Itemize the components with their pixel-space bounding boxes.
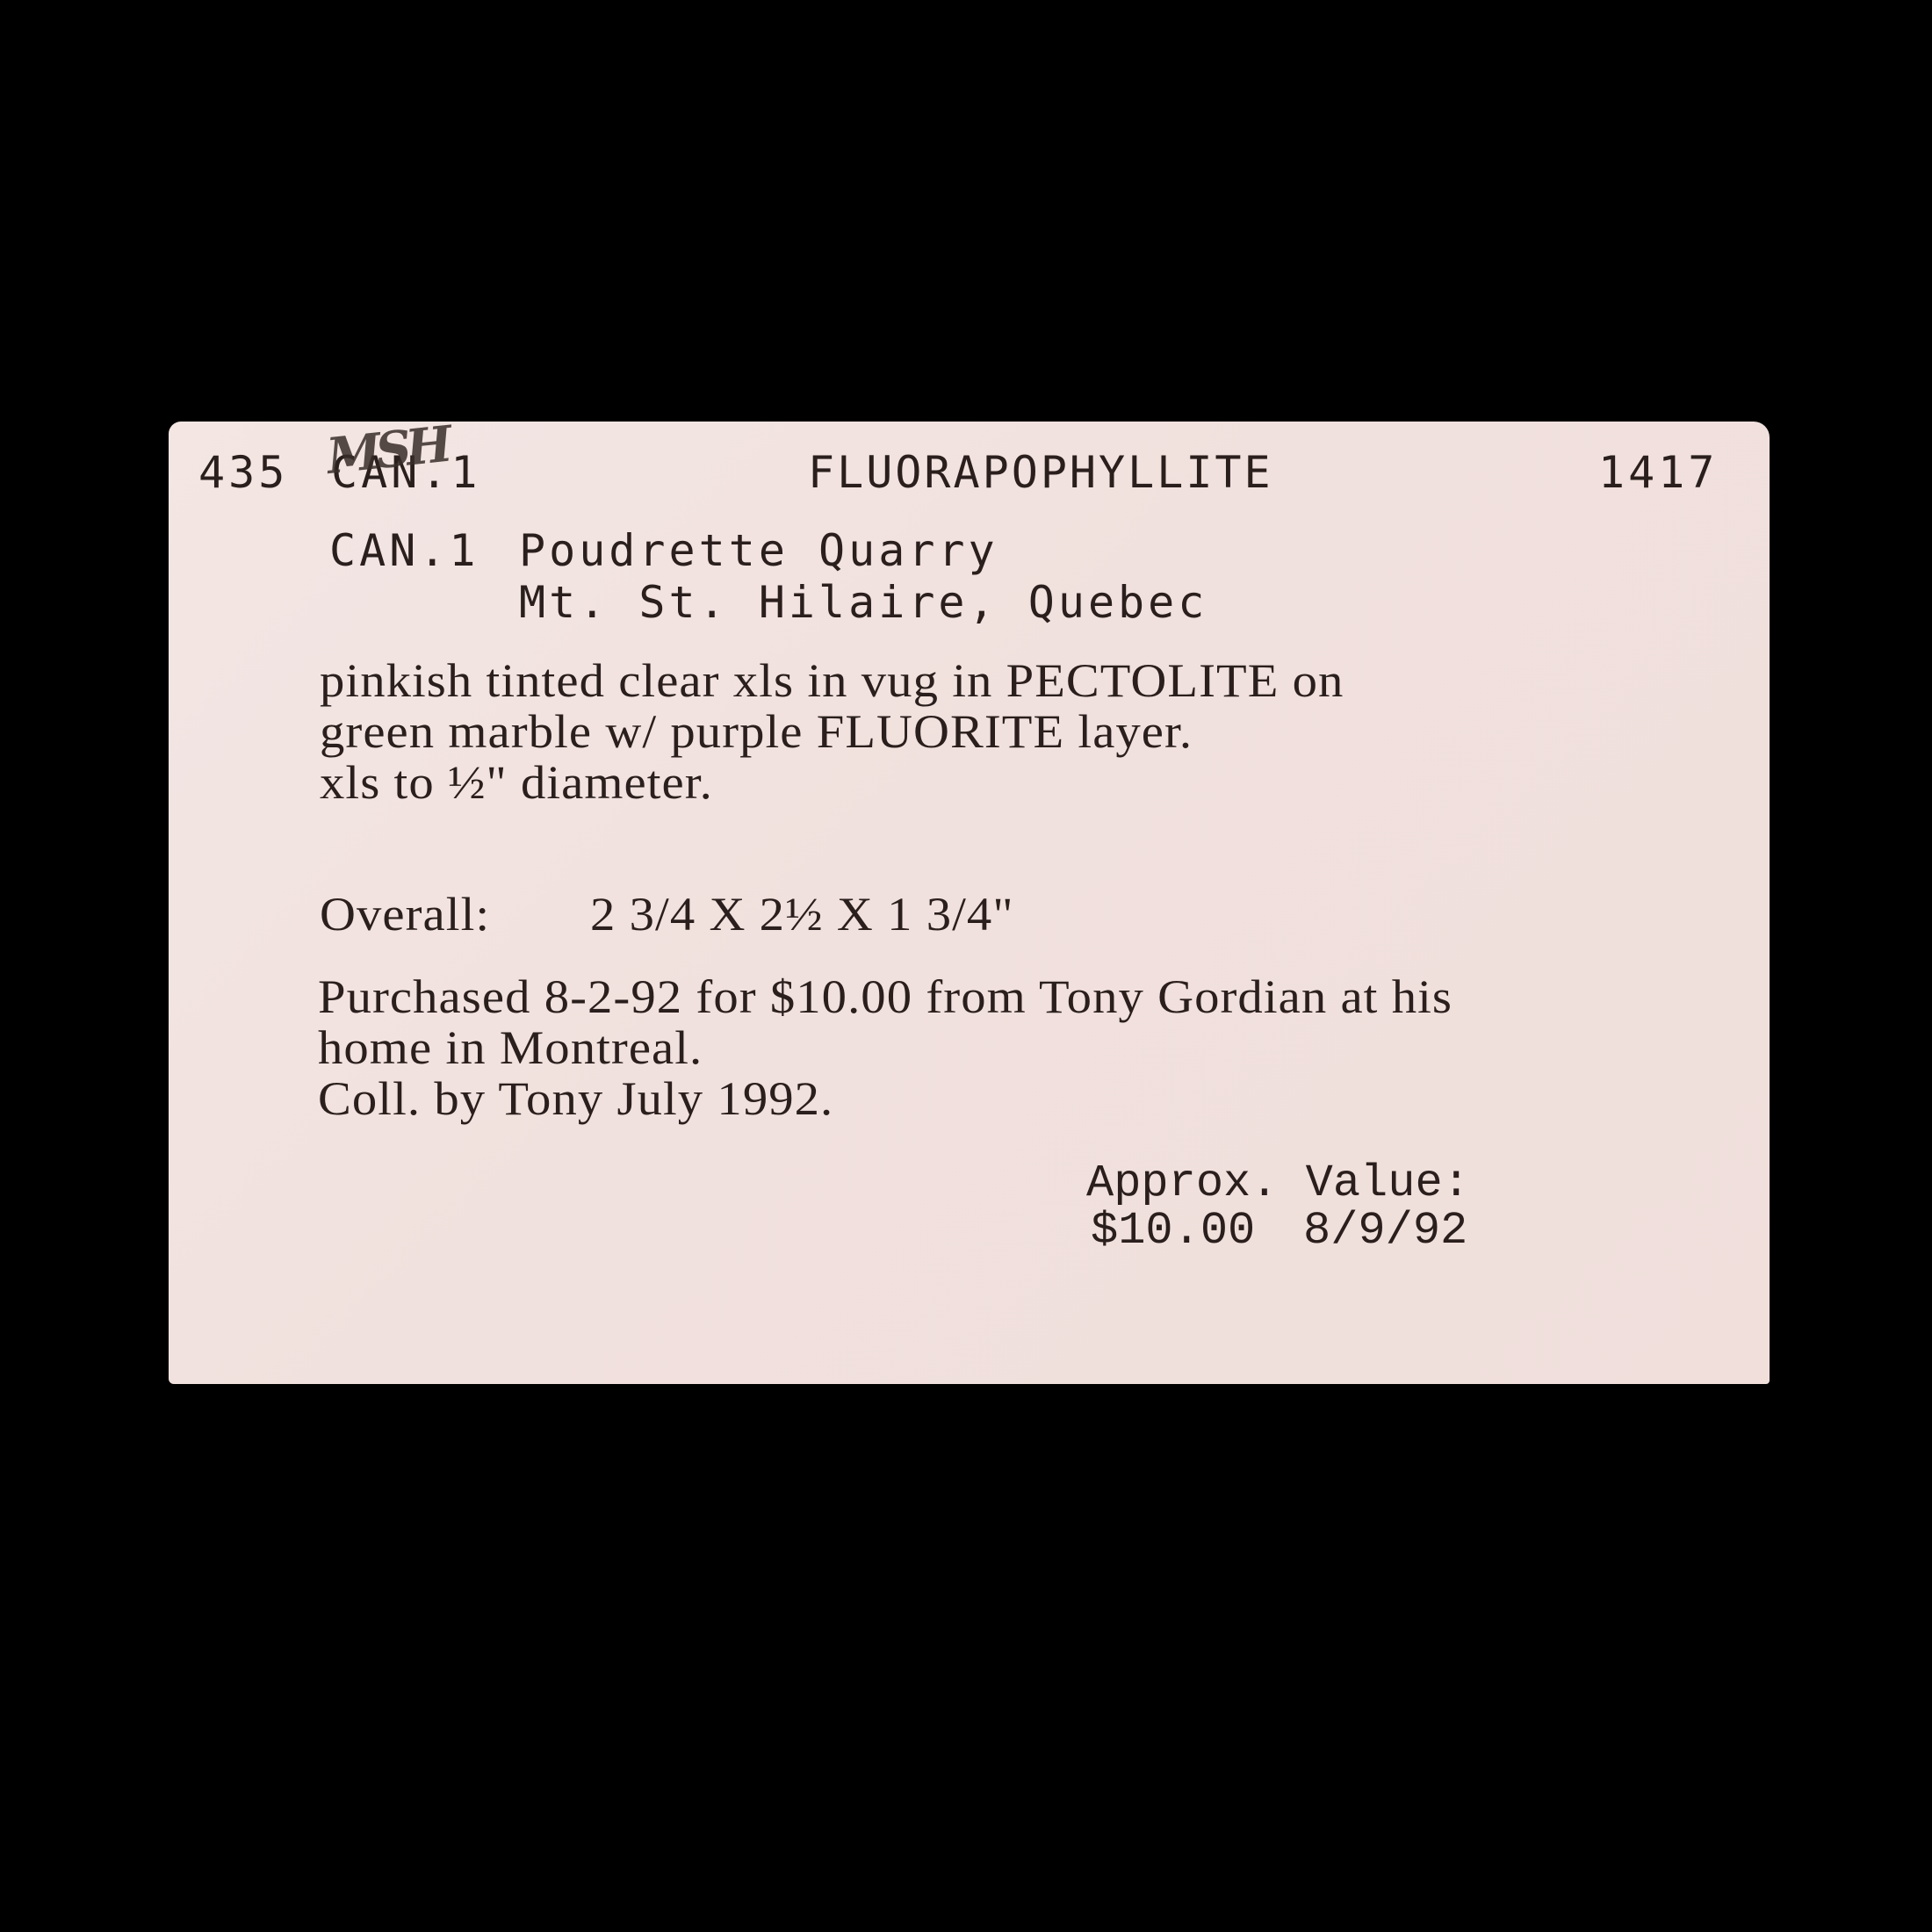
approx-value-date: 8/9/92 <box>1303 1208 1467 1254</box>
mineral-name: FLUORAPOPHYLLITE <box>808 451 1273 494</box>
locality-line-1: Poudrette Quarry <box>519 529 998 573</box>
overall-label: Overall: <box>320 890 490 938</box>
approx-value-label: Approx. Value: <box>1086 1161 1470 1207</box>
provenance-line: Coll. by Tony July 1992. <box>318 1075 833 1122</box>
locality-line-2: Mt. St. Hilaire, Quebec <box>519 580 1207 624</box>
locality-code: CAN.1 <box>329 529 479 573</box>
provenance-line: home in Montreal. <box>318 1024 703 1071</box>
overall-dimensions: 2 3/4 X 2½ X 1 3/4" <box>590 890 1014 938</box>
description-line: green marble w/ purple FLUORITE layer. <box>320 708 1193 755</box>
description-line: xls to ½" diameter. <box>320 759 713 806</box>
catalog-number: 435 <box>198 451 288 494</box>
provenance-line: Purchased 8-2-92 for $10.00 from Tony Go… <box>318 973 1453 1020</box>
specimen-label-card: 435 CAN.1 MSH FLUORAPOPHYLLITE 1417 CAN.… <box>169 422 1770 1384</box>
approx-value-amount: $10.00 <box>1091 1208 1255 1254</box>
specimen-number: 1417 <box>1598 451 1718 494</box>
description-line: pinkish tinted clear xls in vug in PECTO… <box>320 657 1344 704</box>
